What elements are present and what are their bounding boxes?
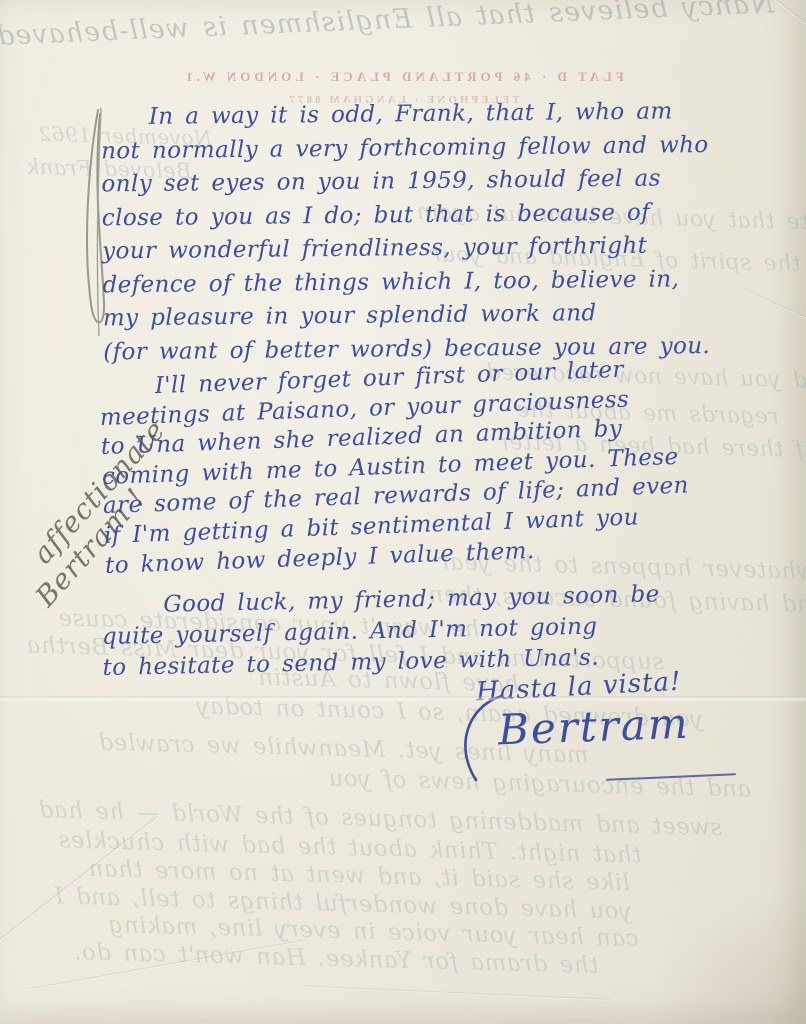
letter-line: defence of the things which I, too, beli… — [102, 262, 750, 302]
signature: Bertram — [497, 699, 690, 755]
horizontal-fold-crease — [0, 696, 806, 702]
bleedthrough-letterhead-address: FLAT D · 46 PORTLAND PLACE · LONDON W.1 — [0, 69, 806, 85]
letter-page: Nancy believes that all Englishmen is we… — [0, 0, 806, 1024]
letter-body: In a way it is odd, Frank, that I, who a… — [102, 98, 750, 684]
bleedthrough-handwriting-top: Nancy believes that all Englishmen is we… — [22, 0, 775, 51]
bleedthrough-line: and the encouraging news of you — [328, 765, 752, 802]
crease-line — [746, 290, 806, 328]
paragraph: I'll never forget our first or our later… — [98, 351, 753, 581]
crease-line — [300, 985, 610, 1000]
paragraph: In a way it is odd, Frank, that I, who a… — [101, 95, 752, 370]
letter-line: only set eyes on you in 1959, should fee… — [101, 162, 749, 202]
corner-shadow — [646, 884, 806, 1024]
